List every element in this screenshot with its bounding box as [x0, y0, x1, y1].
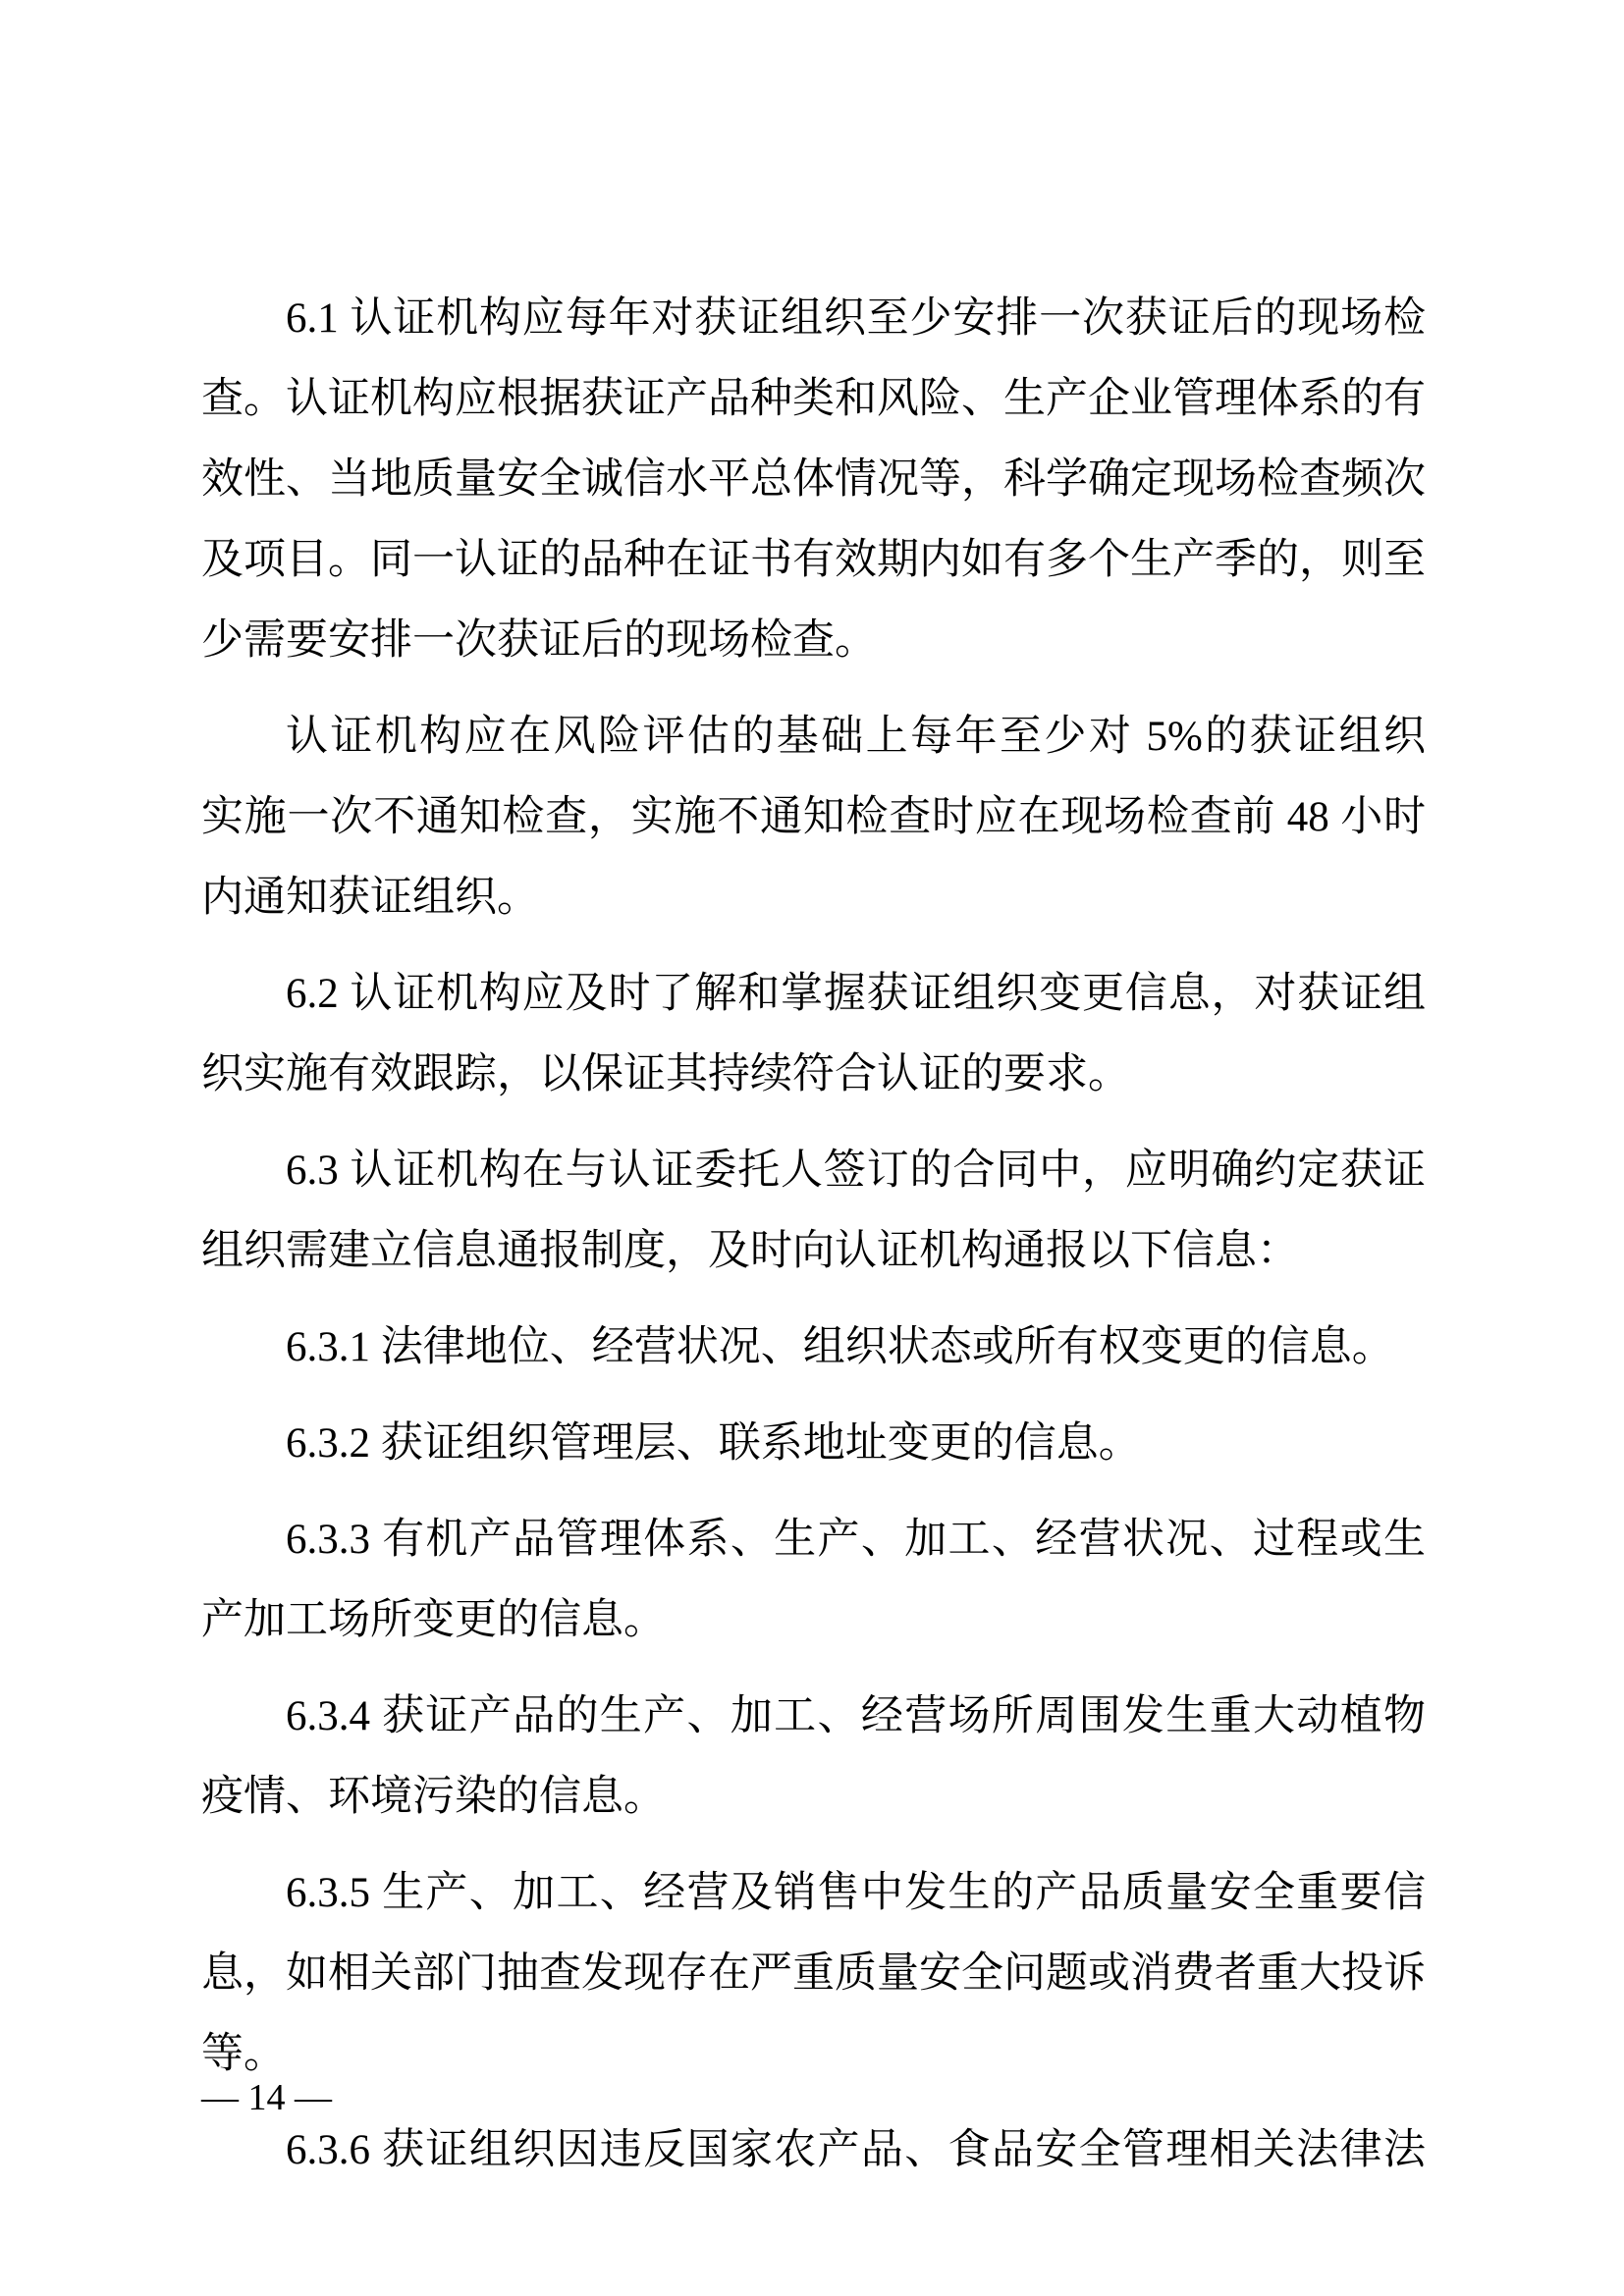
text-line: 少需要安排一次获证后的现场检查。 [201, 601, 1426, 681]
text-line: 6.3.1 法律地位、经营状况、组织状态或所有权变更的信息。 [201, 1308, 1426, 1388]
text-line: 6.3.4 获证产品的生产、加工、经营场所周围发生重大动植物 [201, 1677, 1426, 1757]
text-line: 等。 [201, 2014, 1426, 2095]
text-line: 内通知获证组织。 [201, 858, 1426, 938]
text-block: 6.1 认证机构应每年对获证组织至少安排一次获证后的现场检 查。认证机构应根据获… [201, 279, 1426, 2207]
text-line: 效性、当地质量安全诚信水平总体情况等，科学确定现场检查频次 [201, 440, 1426, 520]
text-line: 及项目。同一认证的品种在证书有效期内如有多个生产季的，则至 [201, 520, 1426, 601]
text-line: 6.3.2 获证组织管理层、联系地址变更的信息。 [201, 1404, 1426, 1484]
text-line: 6.3 认证机构在与认证委托人签订的合同中，应明确约定获证 [201, 1131, 1426, 1211]
text-line: 织实施有效跟踪，以保证其持续符合认证的要求。 [201, 1035, 1426, 1115]
text-line: 6.3.3 有机产品管理体系、生产、加工、经营状况、过程或生 [201, 1500, 1426, 1580]
text-line: 产加工场所变更的信息。 [201, 1580, 1426, 1661]
text-line: 疫情、环境污染的信息。 [201, 1757, 1426, 1838]
page-footer: — 14 — [201, 2073, 332, 2122]
text-line: 息，如相关部门抽查发现存在严重质量安全问题或消费者重大投诉 [201, 1934, 1426, 2014]
page-number: — 14 — [201, 2077, 332, 2118]
document-page: 6.1 认证机构应每年对获证组织至少安排一次获证后的现场检 查。认证机构应根据获… [0, 0, 1624, 2296]
text-line: 6.2 认证机构应及时了解和掌握获证组织变更信息，对获证组 [201, 954, 1426, 1035]
text-line: 6.3.6 获证组织因违反国家农产品、食品安全管理相关法律法 [201, 2110, 1426, 2191]
text-line: 组织需建立信息通报制度，及时向认证机构通报以下信息： [201, 1211, 1426, 1292]
text-line: 6.3.5 生产、加工、经营及销售中发生的产品质量安全重要信 [201, 1853, 1426, 1934]
text-line: 查。认证机构应根据获证产品种类和风险、生产企业管理体系的有 [201, 359, 1426, 440]
text-line: 认证机构应在风险评估的基础上每年至少对 5%的获证组织 [201, 697, 1426, 777]
text-line: 实施一次不通知检查，实施不通知检查时应在现场检查前 48 小时 [201, 777, 1426, 858]
text-line: 6.1 认证机构应每年对获证组织至少安排一次获证后的现场检 [201, 279, 1426, 359]
